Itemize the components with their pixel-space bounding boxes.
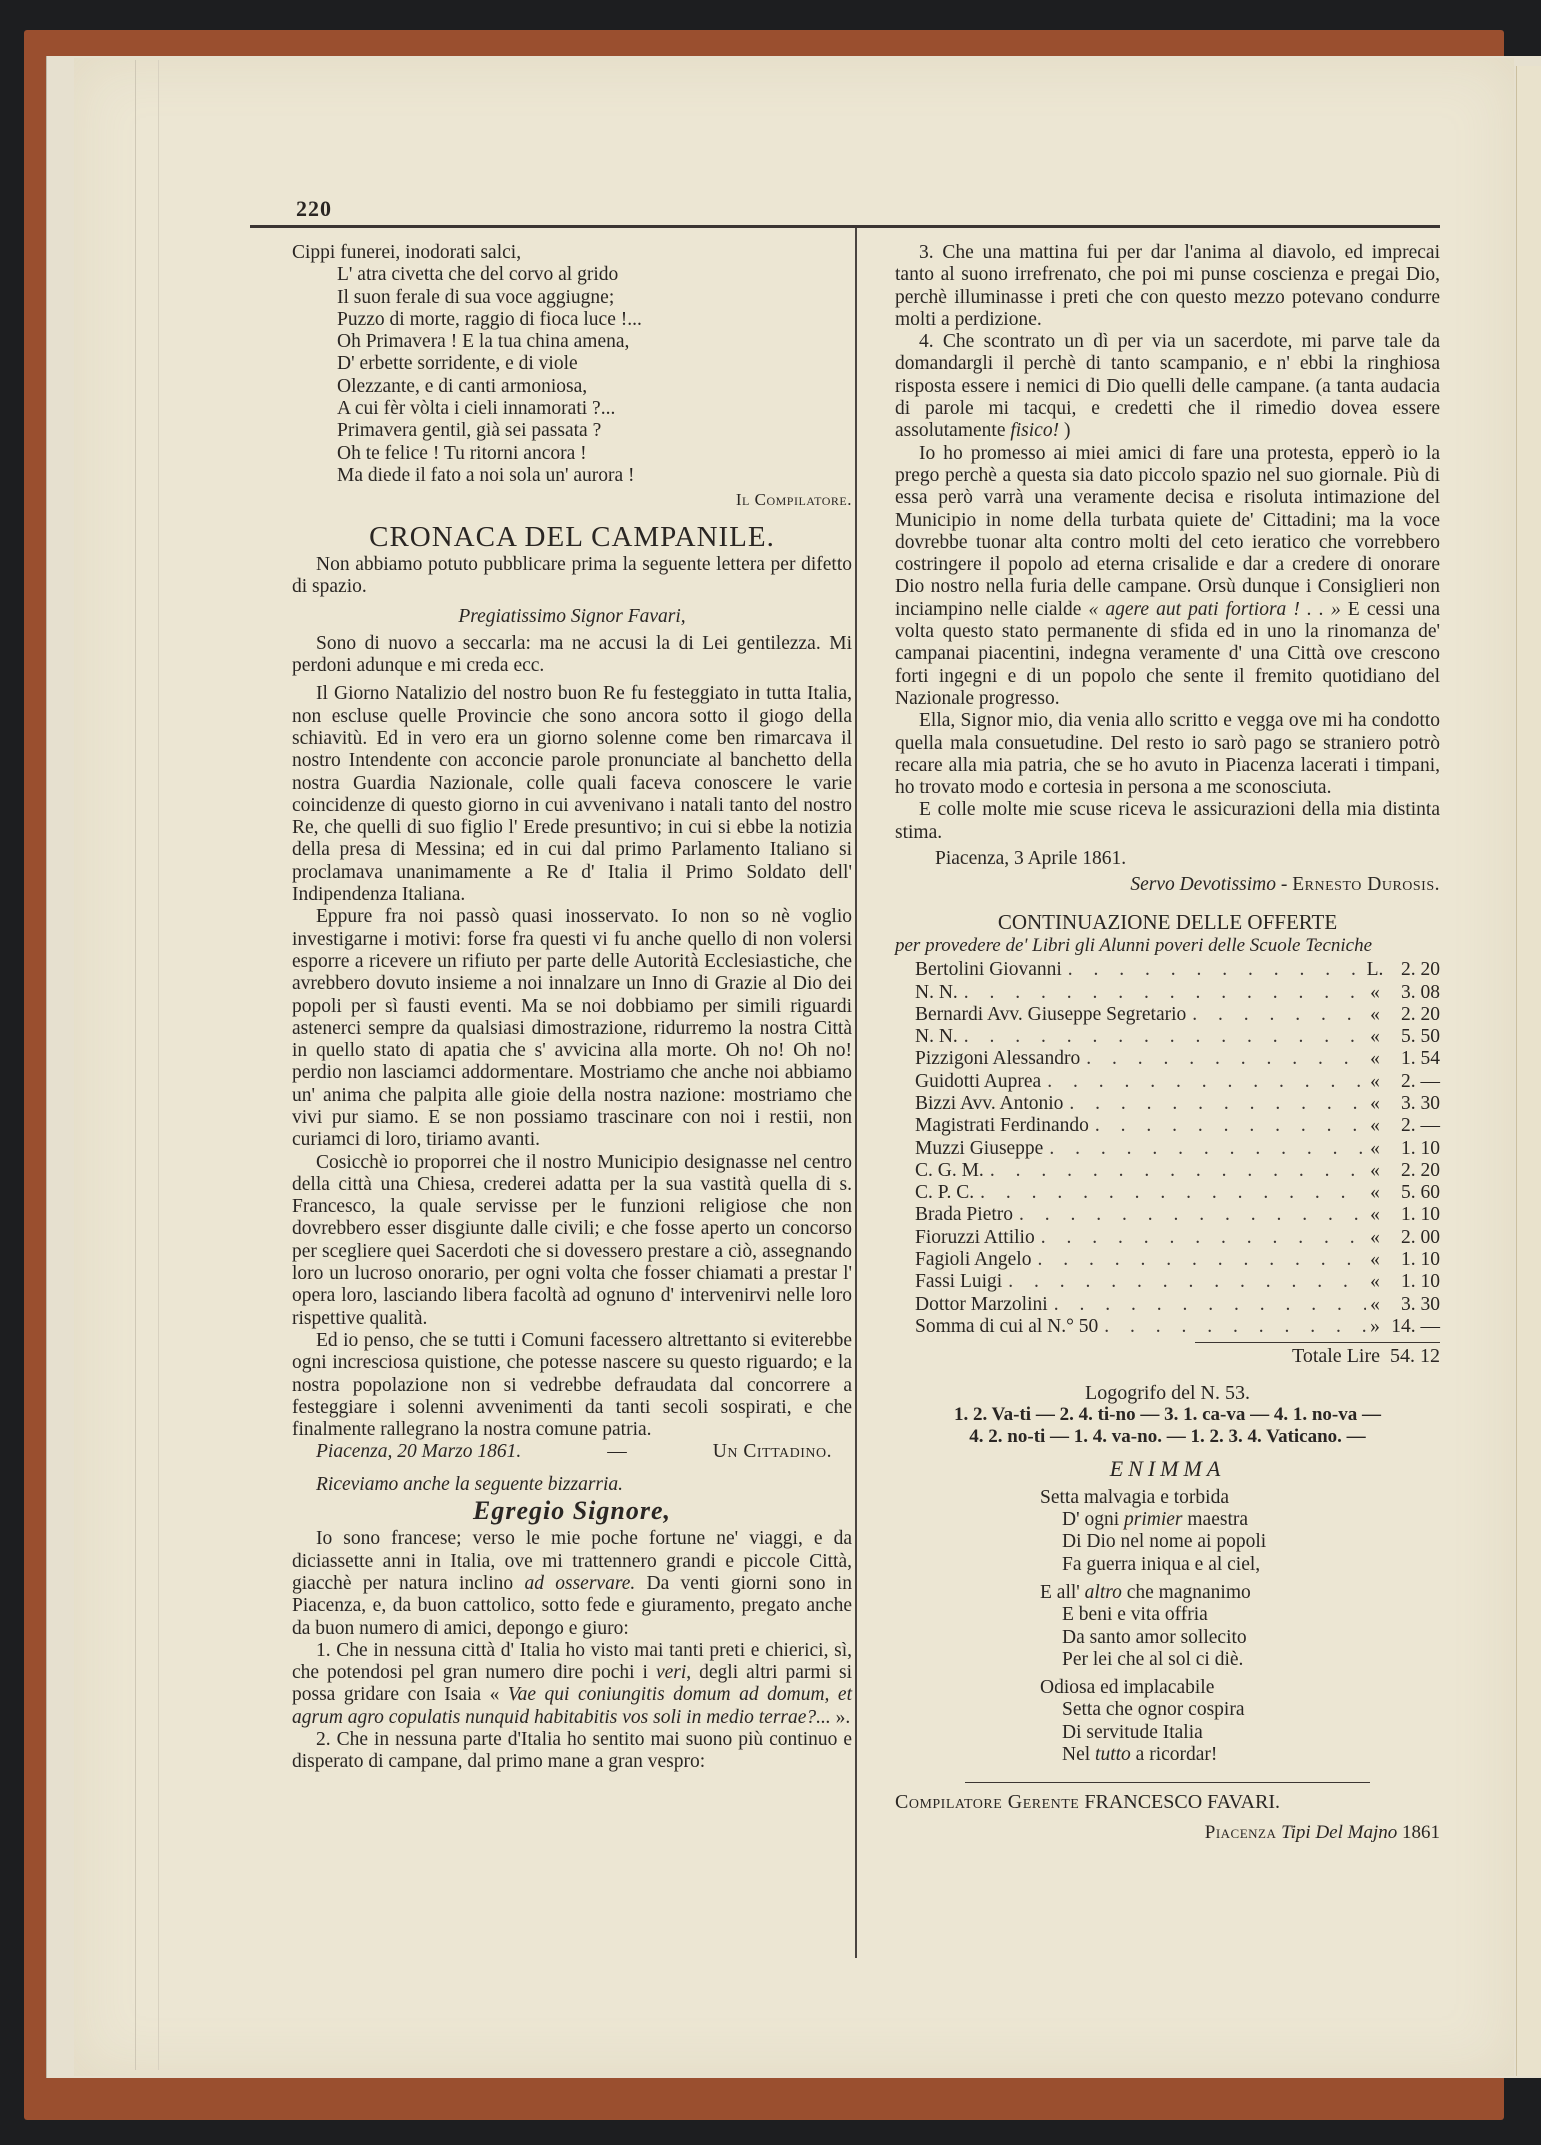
offering-donor: Fassi Luigi xyxy=(915,1271,1002,1293)
letter-paragraph: Cosicchè io proporrei che il nostro Muni… xyxy=(292,1152,852,1330)
offerings-total: Totale Lire 54. 12 xyxy=(895,1345,1440,1367)
ditto-mark: « xyxy=(1366,1160,1384,1182)
letter-signature: Servo Devotissimo - Ernesto Durosis. xyxy=(895,874,1440,896)
offering-row: Somma di cui al N.° 50. . . . . . . . . … xyxy=(895,1316,1440,1338)
logogrifo-title: Logogrifo del N. 53. xyxy=(895,1382,1440,1404)
poem-line: L' atra civetta che del corvo al grido xyxy=(292,264,852,286)
offering-amount: 1. 54 xyxy=(1384,1048,1440,1070)
printer-imprint: Piacenza Tipi Del Majno 1861 xyxy=(895,1822,1440,1844)
offering-amount: 2. — xyxy=(1384,1115,1440,1137)
offering-row: Pizzigoni Alessandro. . . . . . . . . . … xyxy=(895,1048,1440,1070)
offering-donor: C. P. C. xyxy=(915,1182,974,1204)
leader-dots: . . . . . . . . . . . . . . . . . . . . … xyxy=(1041,1071,1366,1093)
poem: Cippi funerei, inodorati salci, L' atra … xyxy=(292,242,852,512)
poem-line: D' erbette sorridente, e di viole xyxy=(292,353,852,375)
ditto-mark: « xyxy=(1366,1026,1384,1048)
leader-dots: . . . . . . . . . . . . . . . . . . . . … xyxy=(1043,1138,1366,1160)
offering-row: N. N.. . . . . . . . . . . . . . . . . .… xyxy=(895,982,1440,1004)
letter-signature: Un Cittadino. xyxy=(713,1441,832,1463)
offering-amount: 1. 10 xyxy=(1384,1204,1440,1226)
letter-item: 4. Che scontrato un dì per via un sacerd… xyxy=(895,331,1440,442)
offering-amount: 5. 50 xyxy=(1384,1026,1440,1048)
offering-row: C. G. M.. . . . . . . . . . . . . . . . … xyxy=(895,1160,1440,1182)
letter-place-date: Piacenza, 20 Marzo 1861. xyxy=(316,1441,521,1463)
leader-dots: . . . . . . . . . . . . . . . . . . . . … xyxy=(1002,1271,1366,1293)
poem-line: Cippi funerei, inodorati salci, xyxy=(292,242,852,264)
offering-row: Brada Pietro. . . . . . . . . . . . . . … xyxy=(895,1204,1440,1226)
leader-dots: . . . . . . . . . . . . . . . . . . . . … xyxy=(1089,1115,1366,1137)
offering-row: Fassi Luigi. . . . . . . . . . . . . . .… xyxy=(895,1271,1440,1293)
left-column: Cippi funerei, inodorati salci, L' atra … xyxy=(292,242,852,1774)
offering-amount: 2. — xyxy=(1384,1071,1440,1093)
poem-line: Puzzo di morte, raggio di fioca luce !..… xyxy=(292,309,852,331)
offering-donor: Muzzi Giuseppe xyxy=(915,1138,1043,1160)
offering-amount: 5. 60 xyxy=(1384,1182,1440,1204)
leader-dots: . . . . . . . . . . . . . . . . . . . . … xyxy=(958,1026,1366,1048)
column-divider xyxy=(855,228,857,1958)
offering-amount: 3. 30 xyxy=(1384,1294,1440,1316)
header-rule xyxy=(250,225,1440,228)
letter-paragraph: Eppure fra noi passò quasi inosservato. … xyxy=(292,906,852,1151)
intro-paragraph: Non abbiamo potuto pubblicare prima la s… xyxy=(292,554,852,599)
offering-amount: 2. 20 xyxy=(1384,959,1440,981)
ditto-mark: « xyxy=(1366,1093,1384,1115)
offering-donor: Magistrati Ferdinando xyxy=(915,1115,1089,1137)
leader-dots: . . . . . . . . . . . . . . . . . . . . … xyxy=(1035,1227,1366,1249)
letter-paragraph: E colle molte mie scuse riceva le assicu… xyxy=(895,799,1440,844)
offering-row: C. P. C.. . . . . . . . . . . . . . . . … xyxy=(895,1182,1440,1204)
leader-dots: . . . . . . . . . . . . . . . . . . . . … xyxy=(1062,959,1366,981)
poem-line: Il suon ferale di sua voce aggiugne; xyxy=(292,287,852,309)
offering-row: Guidotti Auprea. . . . . . . . . . . . .… xyxy=(895,1071,1440,1093)
total-rule xyxy=(1195,1342,1440,1343)
logogrifo-solution: 4. 2. no-ti — 1. 4. va-no. — 1. 2. 3. 4.… xyxy=(895,1426,1440,1448)
offering-row: Dottor Marzolini. . . . . . . . . . . . … xyxy=(895,1294,1440,1316)
offering-donor: Fioruzzi Attilio xyxy=(915,1227,1035,1249)
letter-item: 2. Che in nessuna parte d'Italia ho sent… xyxy=(292,1729,852,1774)
poem-line: Olezzante, e di canti armoniosa, xyxy=(292,376,852,398)
page-fold-lines xyxy=(135,60,159,2070)
ditto-mark: L. xyxy=(1366,959,1384,981)
letter-item: 1. Che in nessuna città d' Italia ho vis… xyxy=(292,1640,852,1729)
leader-dots: . . . . . . . . . . . . . . . . . . . . … xyxy=(1031,1249,1366,1271)
ditto-mark: « xyxy=(1366,1004,1384,1026)
offering-row: Bertolini Giovanni. . . . . . . . . . . … xyxy=(895,959,1440,981)
offering-row: Muzzi Giuseppe. . . . . . . . . . . . . … xyxy=(895,1138,1440,1160)
offering-amount: 1. 10 xyxy=(1384,1271,1440,1293)
letter-paragraph: Il Giorno Natalizio del nostro buon Re f… xyxy=(292,683,852,906)
ditto-mark: « xyxy=(1366,1249,1384,1271)
offering-row: Bizzi Avv. Antonio. . . . . . . . . . . … xyxy=(895,1093,1440,1115)
poem-line: Oh Primavera ! E la tua china amena, xyxy=(292,331,852,353)
intro-bizzarria: Riceviamo anche la seguente bizzarria. xyxy=(292,1474,852,1496)
letter-place-date: Piacenza, 3 Aprile 1861. xyxy=(895,848,1440,870)
leader-dots: . . . . . . . . . . . . . . . . . . . . … xyxy=(1080,1048,1366,1070)
offerings-subtitle: per provedere de' Libri gli Alunni pover… xyxy=(895,935,1440,957)
offering-donor: Brada Pietro xyxy=(915,1204,1013,1226)
enimma-stanza: Setta malvagia e torbida D' ogni primier… xyxy=(1040,1487,1440,1576)
offering-amount: 14. — xyxy=(1384,1316,1440,1338)
page-number: 220 xyxy=(296,196,332,221)
letter-salutation: Egregio Signore, xyxy=(292,1500,852,1522)
offering-amount: 1. 10 xyxy=(1384,1138,1440,1160)
poem-signature: Il Compilatore. xyxy=(292,489,852,511)
offering-row: N. N.. . . . . . . . . . . . . . . . . .… xyxy=(895,1026,1440,1048)
ditto-mark: « xyxy=(1366,1204,1384,1226)
offering-amount: 2. 00 xyxy=(1384,1227,1440,1249)
section-title: CRONACA DEL CAMPANILE. xyxy=(292,526,852,548)
ditto-mark: « xyxy=(1366,1294,1384,1316)
offering-amount: 3. 30 xyxy=(1384,1093,1440,1115)
offering-donor: C. G. M. xyxy=(915,1160,984,1182)
leader-dots: . . . . . . . . . . . . . . . . . . . . … xyxy=(1063,1093,1366,1115)
leader-dots: . . . . . . . . . . . . . . . . . . . . … xyxy=(974,1182,1366,1204)
letter-paragraph: Sono di nuovo a seccarla: ma ne accusi l… xyxy=(292,633,852,678)
offering-donor: Pizzigoni Alessandro xyxy=(915,1048,1080,1070)
letter-paragraph: Ed io penso, che se tutti i Comuni faces… xyxy=(292,1330,852,1441)
ditto-mark: « xyxy=(1366,1182,1384,1204)
offering-row: Magistrati Ferdinando. . . . . . . . . .… xyxy=(895,1115,1440,1137)
leader-dots: . . . . . . . . . . . . . . . . . . . . … xyxy=(958,982,1366,1004)
logogrifo-solution: 1. 2. Va-ti — 2. 4. ti-no — 3. 1. ca-va … xyxy=(895,1404,1440,1426)
enimma-stanza: Odiosa ed implacabile Setta che ognor co… xyxy=(1040,1677,1440,1766)
leader-dots: . . . . . . . . . . . . . . . . . . . . … xyxy=(984,1160,1366,1182)
letter-item: 3. Che una mattina fui per dar l'anima a… xyxy=(895,242,1440,331)
enimma-title: ENIMMA xyxy=(895,1458,1440,1480)
ditto-mark: « xyxy=(1366,1227,1384,1249)
offerings-list: Bertolini Giovanni. . . . . . . . . . . … xyxy=(895,959,1440,1338)
offering-row: Fioruzzi Attilio. . . . . . . . . . . . … xyxy=(895,1227,1440,1249)
offering-amount: 2. 20 xyxy=(1384,1160,1440,1182)
poem-line: Ma diede il fato a noi sola un' aurora ! xyxy=(292,465,852,487)
ditto-mark: « xyxy=(1366,982,1384,1004)
ditto-mark: » xyxy=(1366,1316,1384,1338)
offerings-title: CONTINUAZIONE DELLE OFFERTE xyxy=(895,911,1440,933)
offering-donor: Dottor Marzolini xyxy=(915,1294,1048,1316)
signature-dash: — xyxy=(607,1441,627,1463)
letter-salutation: Pregiatissimo Signor Favari, xyxy=(292,606,852,628)
ditto-mark: « xyxy=(1366,1115,1384,1137)
letter-paragraph: Ella, Signor mio, dia venia allo scritto… xyxy=(895,710,1440,799)
poem-line: A cui fèr vòlta i cieli innamorati ?... xyxy=(292,398,852,420)
offering-donor: Fagioli Angelo xyxy=(915,1249,1031,1271)
leader-dots: . . . . . . . . . . . . . . . . . . . . … xyxy=(1048,1294,1366,1316)
right-column: 3. Che una mattina fui per dar l'anima a… xyxy=(895,242,1440,1844)
leader-dots: . . . . . . . . . . . . . . . . . . . . … xyxy=(1098,1316,1366,1338)
ditto-mark: « xyxy=(1366,1271,1384,1293)
page-header: 220 xyxy=(296,196,1436,222)
offering-donor: Somma di cui al N.° 50 xyxy=(915,1316,1098,1338)
offering-donor: Bertolini Giovanni xyxy=(915,959,1062,981)
offering-donor: N. N. xyxy=(915,982,958,1004)
end-rule xyxy=(965,1782,1370,1783)
adjacent-page-edge xyxy=(1516,66,1541,2076)
ditto-mark: « xyxy=(1366,1048,1384,1070)
poem-line: Oh te felice ! Tu ritorni ancora ! xyxy=(292,443,852,465)
offering-amount: 2. 20 xyxy=(1384,1004,1440,1026)
ditto-mark: « xyxy=(1366,1071,1384,1093)
enimma-stanza: E all' altro che magnanimo E beni e vita… xyxy=(1040,1582,1440,1671)
offering-row: Bernardi Avv. Giuseppe Segretario. . . .… xyxy=(895,1004,1440,1026)
letter-signature-row: Piacenza, 20 Marzo 1861. — Un Cittadino. xyxy=(292,1441,852,1463)
offering-donor: Bizzi Avv. Antonio xyxy=(915,1093,1063,1115)
offering-donor: Guidotti Auprea xyxy=(915,1071,1041,1093)
editor-imprint: Compilatore Gerente FRANCESCO FAVARI. xyxy=(895,1791,1440,1813)
poem-line: Primavera gentil, già sei passata ? xyxy=(292,420,852,442)
leader-dots: . . . . . . . . . . . . . . . . . . . . … xyxy=(1013,1204,1366,1226)
leader-dots: . . . . . . . . . . . . . . . . . . . . … xyxy=(1186,1004,1366,1026)
letter-paragraph: Io ho promesso ai miei amici di fare una… xyxy=(895,443,1440,711)
offering-amount: 1. 10 xyxy=(1384,1249,1440,1271)
offering-amount: 3. 08 xyxy=(1384,982,1440,1004)
ditto-mark: « xyxy=(1366,1138,1384,1160)
letter-paragraph: Io sono francese; verso le mie poche for… xyxy=(292,1528,852,1639)
offering-donor: N. N. xyxy=(915,1026,958,1048)
offering-row: Fagioli Angelo. . . . . . . . . . . . . … xyxy=(895,1249,1440,1271)
offering-donor: Bernardi Avv. Giuseppe Segretario xyxy=(915,1004,1186,1026)
